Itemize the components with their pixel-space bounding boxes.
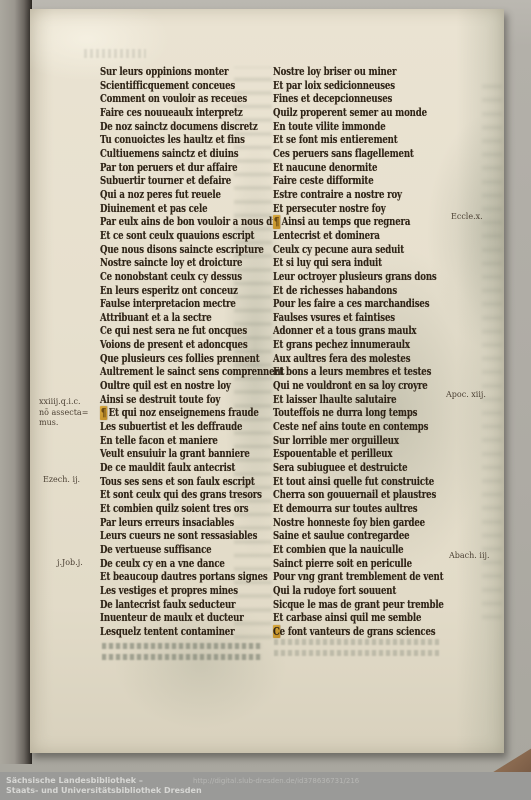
verse-line: Et carbase ainsi quil me semble (273, 611, 444, 625)
verse-line: Par eulx ains de bon vouloir a nous dit (100, 215, 284, 229)
verse-line: Sera subiuguee et destruicte (273, 461, 444, 475)
verse-line: Et se font mis entierement (273, 133, 444, 147)
verse-line: Et naucune denormite (273, 161, 444, 175)
verse-line: Qui ne vouldront en sa loy croyre (273, 379, 444, 393)
verse-line: Pour vng grant tremblement de vent (273, 570, 444, 584)
verse-line: Adonner et a tous grans maulx (273, 324, 444, 338)
verse-line: Ce nonobstant ceulx cy dessus (100, 270, 284, 284)
footer-bar: Sächsische Landesbibliothek – Staats- un… (0, 772, 531, 800)
verse-line: En toute vilite immonde (273, 120, 444, 134)
verse-line: Et sont ceulx qui des grans tresors (100, 488, 284, 502)
verse-line: Que nous disons saincte escripture (100, 243, 284, 257)
verse-line: Et combien quilz soient tres ors (100, 502, 284, 516)
gold-paraph-mark-icon: ¶ (100, 406, 107, 420)
verse-line: Ce font vanteurs de grans sciences (273, 625, 444, 639)
verse-line: Nostre saincte loy et droicture (100, 256, 284, 270)
verse-line: Diuinement et pas cele (100, 202, 284, 216)
verse-line: Et grans pechez innumeraulx (273, 338, 444, 352)
verse-line: Lesquelz tentent contaminer (100, 625, 284, 639)
verse-line: Lentecrist et dominera (273, 229, 444, 243)
verse-line: ¶Et qui noz enseignemens fraude (100, 406, 284, 420)
verse-line: Faire ceste difformite (273, 174, 444, 188)
digitized-book-scan: Sur leurs oppinions monterScientifficque… (0, 0, 531, 800)
verse-line: Leur octroyer plusieurs grans dons (273, 270, 444, 284)
verse-line: Ceulx cy pecune aura seduit (273, 243, 444, 257)
verse-line: Veult ensuiuir la grant banniere (100, 447, 284, 461)
verse-line: Cherra son gouuernail et plaustres (273, 488, 444, 502)
verse-line: De ceulx cy en a vne dance (100, 557, 284, 571)
verse-line: Pour les faire a ces marchandises (273, 297, 444, 311)
book-gutter-shadow (0, 0, 32, 764)
verse-line: Qui a noz peres fut reuele (100, 188, 284, 202)
verse-line: Et persecuter nostre foy (273, 202, 444, 216)
verse-line: Tu conuoictes les haultz et fins (100, 133, 284, 147)
verse-line: Aux aultres fera des molestes (273, 352, 444, 366)
verse-line: Faulses vsures et faintises (273, 311, 444, 325)
verse-line: En leurs esperitz ont conceuz (100, 284, 284, 298)
verse-line: Qui la rudoye fort souuent (273, 584, 444, 598)
scan-photo: Sur leurs oppinions monterScientifficque… (0, 0, 531, 772)
verse-line: Les subuertist et les deffraude (100, 420, 284, 434)
verse-line: Cultiuemens sainctz et diuins (100, 147, 284, 161)
verse-line: Quilz properent semer au monde (273, 106, 444, 120)
verse-line: Par leurs erreurs insaciables (100, 516, 284, 530)
verse-line: Les vestiges et propres mines (100, 584, 284, 598)
verse-line: Espouentable et perilleux (273, 447, 444, 461)
margin-note-ecclesiastes: Eccle.x. (451, 212, 483, 223)
margin-note-ezechiel: Ezech. ij. (43, 475, 80, 486)
bleedthrough-top-smudge (84, 49, 146, 58)
verse-line: Et laisser lhaulte salutaire (273, 393, 444, 407)
margin-note-job: j.Job.j. (57, 558, 83, 569)
verse-line: Et ce sont ceulx quauions escript (100, 229, 284, 243)
verse-line: Nostre honneste foy bien gardee (273, 516, 444, 530)
verse-line: Et combien que la nauiculle (273, 543, 444, 557)
verse-line: Et beaucoup dautres portans signes (100, 570, 284, 584)
verse-line: De lantecrist faulx seducteur (100, 598, 284, 612)
margin-note-canon-citation: xxiiij.q.i.c. nō assecta= mus. (39, 397, 88, 429)
bleedthrough-right-column (274, 639, 439, 661)
book-page: Sur leurs oppinions monterScientifficque… (30, 9, 504, 753)
verse-line: Oultre quil est en nostre loy (100, 379, 284, 393)
verse-line: Ce qui nest sera ne fut oncques (100, 324, 284, 338)
verse-line: Scientifficquement conceues (100, 79, 284, 93)
verse-line: Ainsi se destruit toute foy (100, 393, 284, 407)
verse-line: Sainct pierre soit en periculle (273, 557, 444, 571)
verse-line: Touteffois ne durra long temps (273, 406, 444, 420)
verse-line: Ceste nef ains toute en contemps (273, 420, 444, 434)
verse-line: Attribuant et a la sectre (100, 311, 284, 325)
verse-line: Fines et decepcionneuses (273, 92, 444, 106)
verse-line: Et de richesses habandons (273, 284, 444, 298)
verse-line: De noz sainctz documens discretz (100, 120, 284, 134)
verse-line: Comment on vouloir as receues (100, 92, 284, 106)
gold-paraph-mark-icon: ¶ (273, 215, 280, 229)
gold-initial-letter: C (273, 625, 280, 638)
institution-credit: Sächsische Landesbibliothek – Staats- un… (6, 776, 202, 795)
verse-line: Sur lorrible mer orguilleux (273, 434, 444, 448)
margin-note-abacuc: Abach. iij. (449, 551, 490, 562)
verse-line: Que plusieurs ces follies prennent (100, 352, 284, 366)
verse-line: Et tout ainsi quelle fut construicte (273, 475, 444, 489)
source-url: http://digital.slub-dresden.de/id3786367… (193, 777, 359, 785)
verse-line: Nostre loy briser ou miner (273, 65, 444, 79)
verse-line: Saine et saulue contregardee (273, 529, 444, 543)
verse-line: Estre contraire a nostre roy (273, 188, 444, 202)
verse-line: Et demourra sur toutes aultres (273, 502, 444, 516)
margin-note-apocalypse: Apoc. xiij. (446, 390, 486, 401)
verse-line: Et par loix sedicionneuses (273, 79, 444, 93)
verse-line: Et si luy qui sera induit (273, 256, 444, 270)
verse-line: Sur leurs oppinions monter (100, 65, 284, 79)
verse-line: ¶Ainsi au temps que regnera (273, 215, 444, 229)
verse-line: Par ton peruers et dur affaire (100, 161, 284, 175)
verse-line: Leurs cueurs ne sont ressasiables (100, 529, 284, 543)
verse-line: Et bons a leurs membres et testes (273, 365, 444, 379)
verse-line: Ces peruers sans flagellement (273, 147, 444, 161)
verse-line: Inuenteur de maulx et ducteur (100, 611, 284, 625)
bleedthrough-left-column (102, 643, 262, 665)
verse-line: Aultrement le sainct sens comprennent (100, 365, 284, 379)
verse-line: Subuertir tourner et defaire (100, 174, 284, 188)
verse-line: De vertueuse suffisance (100, 543, 284, 557)
verse-line: De ce mauldit faulx antecrist (100, 461, 284, 475)
verse-line: Sicque le mas de grant peur tremble (273, 598, 444, 612)
verse-line: Faulse interpretacion mectre (100, 297, 284, 311)
verse-line: Tous ses sens et son faulx escript (100, 475, 284, 489)
verse-line: Faire ces nouueaulx interpretz (100, 106, 284, 120)
verse-line: Voions de present et adoncques (100, 338, 284, 352)
verse-line: En telle facon et maniere (100, 434, 284, 448)
